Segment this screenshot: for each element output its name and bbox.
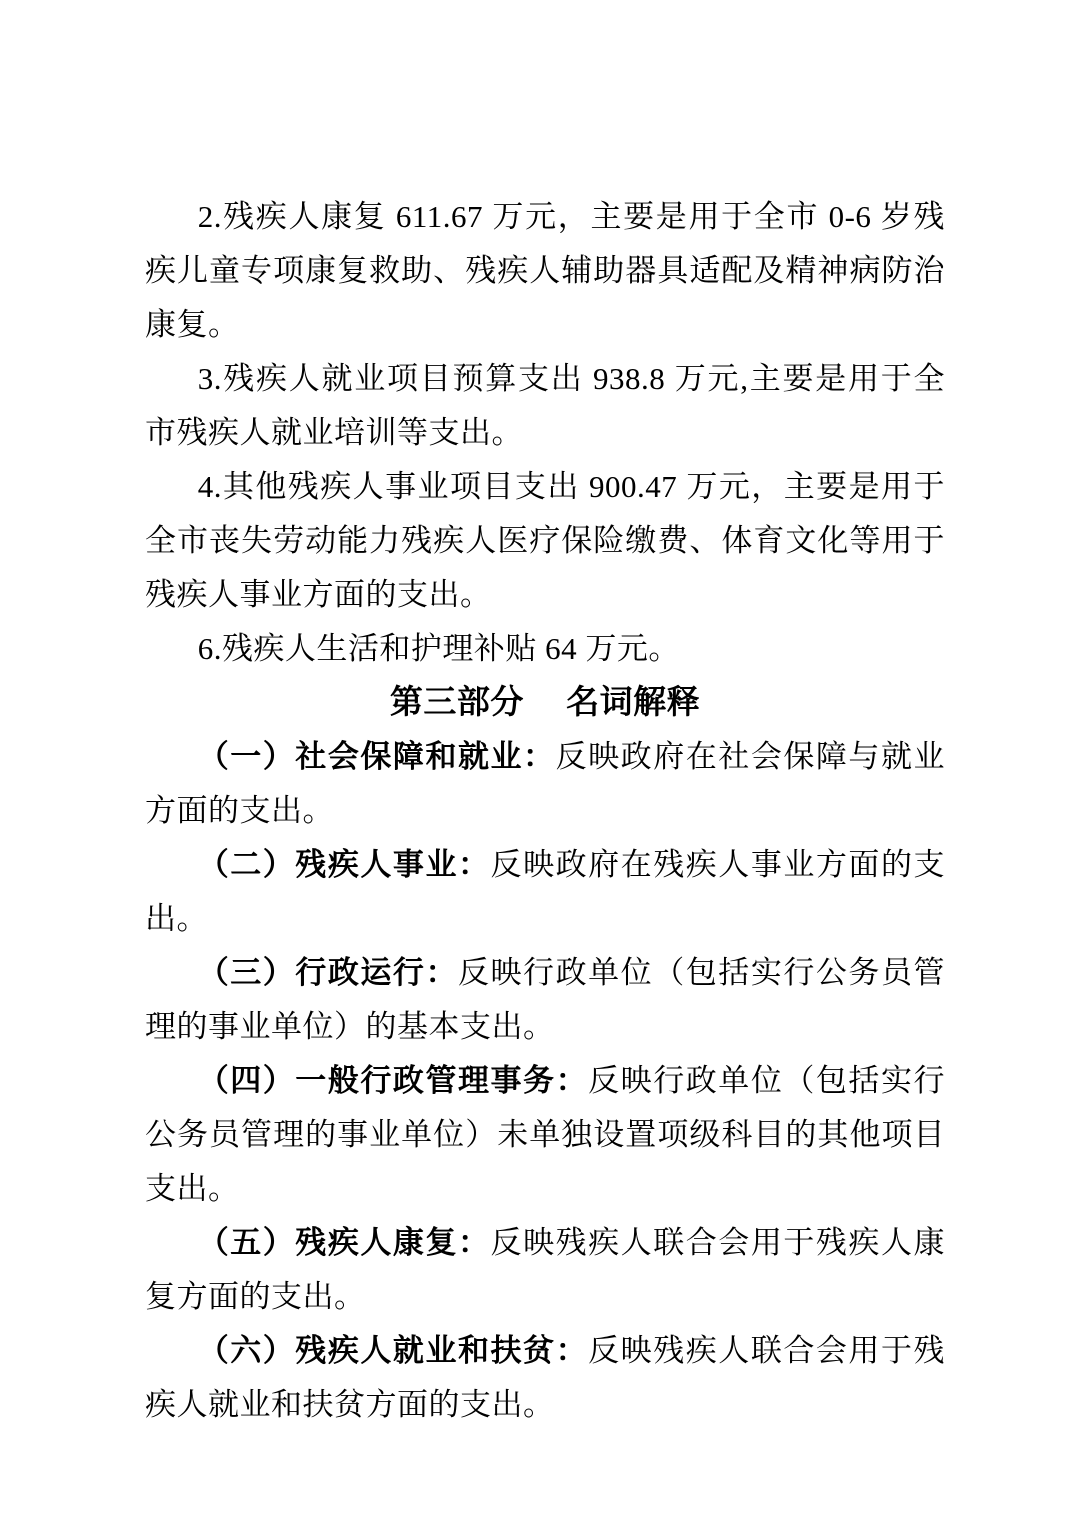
definition-term: （三）行政运行： (198, 955, 458, 990)
definition-item-disabled-rehab: （五）残疾人康复：反映残疾人联合会用于残疾人康复方面的支出。 (145, 1216, 945, 1324)
definition-item-admin-operation: （三）行政运行：反映行政单位（包括实行公务员管理的事业单位）的基本支出。 (145, 946, 945, 1054)
paragraph-living-care-subsidy: 6.残疾人生活和护理补贴 64 万元。 (145, 622, 945, 676)
definition-item-general-admin-affairs: （四）一般行政管理事务：反映行政单位（包括实行公务员管理的事业单位）未单独设置项… (145, 1054, 945, 1216)
definition-term: （六）残疾人就业和扶贫： (198, 1333, 588, 1368)
definition-item-disabled-cause: （二）残疾人事业：反映政府在残疾人事业方面的支出。 (145, 838, 945, 946)
definition-term: （二）残疾人事业： (198, 847, 491, 882)
document-page: 2.残疾人康复 611.67 万元，主要是用于全市 0-6 岁残疾儿童专项康复救… (0, 0, 1074, 1520)
definition-item-employment-poverty-relief: （六）残疾人就业和扶贫：反映残疾人联合会用于残疾人就业和扶贫方面的支出。 (145, 1324, 945, 1432)
paragraph-other-cause-expense: 4.其他残疾人事业项目支出 900.47 万元，主要是用于全市丧失劳动能力残疾人… (145, 460, 945, 622)
definition-term: （五）残疾人康复： (198, 1225, 491, 1260)
definition-term: （一）社会保障和就业： (198, 739, 556, 774)
definition-item-social-security: （一）社会保障和就业：反映政府在社会保障与就业方面的支出。 (145, 730, 945, 838)
paragraph-rehab-expense: 2.残疾人康复 611.67 万元，主要是用于全市 0-6 岁残疾儿童专项康复救… (145, 190, 945, 352)
definition-term: （四）一般行政管理事务： (198, 1063, 588, 1098)
document-content: 2.残疾人康复 611.67 万元，主要是用于全市 0-6 岁残疾儿童专项康复救… (145, 190, 945, 1432)
paragraph-employment-expense: 3.残疾人就业项目预算支出 938.8 万元,主要是用于全市残疾人就业培训等支出… (145, 352, 945, 460)
section-heading-glossary: 第三部分 名词解释 (145, 676, 945, 730)
